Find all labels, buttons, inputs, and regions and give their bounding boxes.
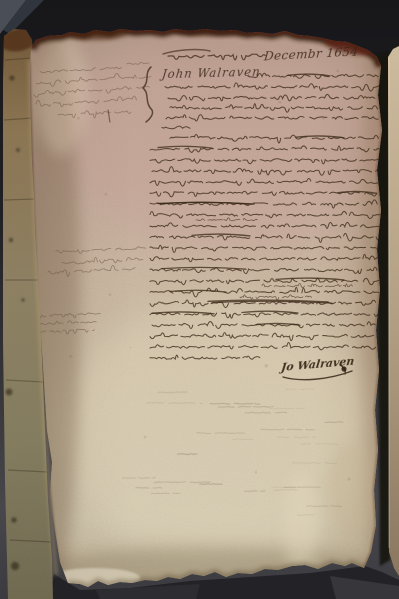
bleed-through-mark: [245, 412, 286, 413]
deponent-name: John Walraven: [161, 65, 261, 82]
bleed-through-mark: [245, 491, 265, 492]
photo-canvas: [0, 0, 399, 599]
facing-page-edge: [388, 46, 399, 576]
foxing-speck: [109, 293, 112, 296]
foxing-speck: [336, 69, 339, 72]
bleed-through-mark: [233, 439, 253, 440]
foxing-speck: [322, 117, 325, 120]
foxing-speck: [77, 117, 80, 120]
bleed-through-mark: [136, 487, 162, 488]
foxing-speck: [301, 279, 303, 281]
foxing-speck: [130, 347, 132, 349]
foxing-speck: [69, 355, 72, 358]
foxing-speck: [264, 364, 268, 368]
bleed-through-mark: [178, 454, 197, 455]
bleed-through-mark: [200, 484, 222, 485]
foxing-speck: [255, 471, 257, 473]
bleed-through-mark: [158, 392, 187, 393]
foxing-speck: [144, 436, 147, 439]
manuscript-photo: Decembr 1654 John Walraven Jo Walraven: [0, 0, 399, 599]
parchment-page: [22, 20, 399, 599]
foxing-speck: [278, 101, 281, 104]
foxing-speck: [347, 478, 350, 481]
foxing-speck: [280, 239, 282, 241]
bleed-through-mark: [261, 429, 315, 430]
bleed-through-mark: [307, 506, 342, 507]
foxing-speck: [105, 193, 108, 196]
bleed-through-mark: [325, 422, 343, 423]
